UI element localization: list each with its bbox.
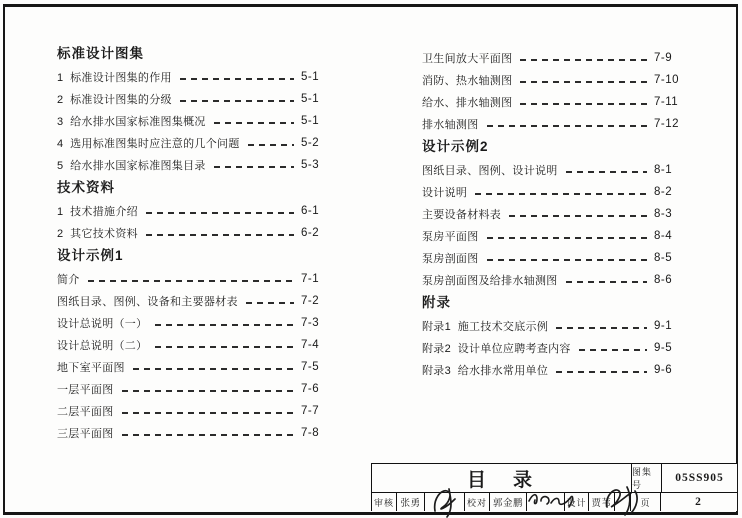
- toc-entry-page-number: 7-2: [301, 295, 341, 307]
- toc-entry: 简介 7-1: [57, 268, 341, 290]
- toc-entry-label: 图纸目录、图例、设备和主要器材表: [57, 293, 238, 309]
- toc-entry: 排水轴测图 7-12: [422, 113, 694, 135]
- toc-entry-dash-leader: [246, 302, 294, 304]
- toc-entry-dash-leader: [475, 193, 647, 195]
- designer-label: 设计: [564, 493, 588, 511]
- toc-entry-dash-leader: [487, 237, 648, 239]
- toc-entry-page-number: 8-1: [654, 164, 694, 176]
- toc-section-heading: 标准设计图集: [57, 42, 341, 66]
- toc-entry-page-number: 7-10: [654, 74, 694, 86]
- toc-entry-dash-leader: [556, 327, 647, 329]
- toc-entry-label: 附录2 设计单位应聘考查内容: [422, 340, 571, 356]
- toc-entry-dash-leader: [214, 122, 294, 124]
- toc-entry: 卫生间放大平面图 7-9: [422, 47, 694, 69]
- toc-entry-page-number: 5-1: [301, 93, 341, 105]
- toc-entry-label: 2 其它技术资料: [57, 225, 138, 241]
- toc-entry: 图纸目录、图例、设计说明 8-1: [422, 159, 694, 181]
- toc-entry-page-number: 8-5: [654, 252, 694, 264]
- toc-entry-dash-leader: [487, 259, 648, 261]
- toc-entry: 附录3 给水排水常用单位 9-6: [422, 359, 694, 381]
- toc-column-right: 卫生间放大平面图 7-9 消防、热水轴测图 7-10 给水、排水轴测图 7-11…: [422, 47, 694, 381]
- toc-entry-dash-leader: [520, 81, 647, 83]
- toc-entry-page-number: 7-5: [301, 361, 341, 373]
- toc-entry-page-number: 8-6: [654, 274, 694, 286]
- toc-entry-label: 附录1 施工技术交底示例: [422, 318, 548, 334]
- toc-entry: 设计总说明（二） 7-4: [57, 334, 341, 356]
- toc-entry-dash-leader: [122, 412, 295, 414]
- toc-entry-page-number: 5-1: [301, 71, 341, 83]
- toc-entry-page-number: 9-5: [654, 342, 694, 354]
- toc-entry-label: 4 选用标准图集时应注意的几个问题: [57, 135, 240, 151]
- toc-entry-page-number: 7-12: [654, 118, 694, 130]
- toc-entry-page-number: 7-9: [654, 52, 694, 64]
- toc-entry: 图纸目录、图例、设备和主要器材表 7-2: [57, 290, 341, 312]
- toc-entry-label: 主要设备材料表: [422, 206, 501, 222]
- reviewer-name: 张勇: [396, 493, 424, 511]
- toc-entry-dash-leader: [180, 78, 294, 80]
- toc-entry-page-number: 8-3: [654, 208, 694, 220]
- reviewer-label: 审核: [372, 493, 396, 511]
- toc-entry-dash-leader: [122, 434, 295, 436]
- toc-entry-page-number: 5-3: [301, 159, 341, 171]
- toc-entry: 地下室平面图 7-5: [57, 356, 341, 378]
- toc-entry: 泵房平面图 8-4: [422, 225, 694, 247]
- designer-name: 贾苇: [588, 493, 614, 511]
- toc-entry-label: 简介: [57, 271, 80, 287]
- toc-section-heading: 设计示例2: [422, 135, 694, 159]
- toc-entry-label: 二层平面图: [57, 403, 114, 419]
- toc-entry-label: 设计总说明（二）: [57, 337, 147, 353]
- reviewer-signature-cell: [424, 493, 464, 511]
- document-page: 标准设计图集 1 标准设计图集的作用 5-1 2 标准设计图集的分级 5-1 3…: [0, 0, 742, 518]
- toc-entry-label: 5 给水排水国家标准图集目录: [57, 157, 206, 173]
- toc-entry-dash-leader: [214, 166, 294, 168]
- toc-entry: 2 标准设计图集的分级 5-1: [57, 88, 341, 110]
- toc-entry-dash-leader: [579, 349, 647, 351]
- atlas-number-value: 05SS905: [661, 464, 737, 492]
- toc-entry-page-number: 8-2: [654, 186, 694, 198]
- toc-entry: 三层平面图 7-8: [57, 422, 341, 444]
- toc-entry-dash-leader: [248, 144, 294, 146]
- toc-entry-page-number: 5-2: [301, 137, 341, 149]
- title-block: 目 录 图集号 05SS905 审核 张勇 校对 郭金鹏 设计 贾苇: [371, 463, 737, 511]
- toc-section-heading: 附录: [422, 291, 694, 315]
- toc-entry-dash-leader: [566, 281, 647, 283]
- toc-section-heading: 技术资料: [57, 176, 341, 200]
- toc-column-left: 标准设计图集 1 标准设计图集的作用 5-1 2 标准设计图集的分级 5-1 3…: [57, 42, 341, 444]
- toc-entry-dash-leader: [133, 368, 294, 370]
- sheet-title: 目 录: [372, 464, 631, 492]
- toc-entry-dash-leader: [146, 212, 294, 214]
- toc-entry-page-number: 9-1: [654, 320, 694, 332]
- proofreader-label: 校对: [464, 493, 489, 511]
- toc-entry-page-number: 6-1: [301, 205, 341, 217]
- page-number-value: 2: [660, 493, 736, 511]
- toc-entry-page-number: 7-1: [301, 273, 341, 285]
- toc-entry-dash-leader: [520, 103, 647, 105]
- toc-entry: 二层平面图 7-7: [57, 400, 341, 422]
- toc-entry-label: 泵房剖面图及给排水轴测图: [422, 272, 558, 288]
- toc-entry-page-number: 7-8: [301, 427, 341, 439]
- toc-entry-label: 给水、排水轴测图: [422, 94, 512, 110]
- proofreader-name: 郭金鹏: [489, 493, 526, 511]
- toc-entry-label: 附录3 给水排水常用单位: [422, 362, 548, 378]
- toc-entry-label: 三层平面图: [57, 425, 114, 441]
- toc-entry-label: 1 技术措施介绍: [57, 203, 138, 219]
- toc-entry: 主要设备材料表 8-3: [422, 203, 694, 225]
- toc-entry-dash-leader: [155, 346, 294, 348]
- toc-entry: 泵房剖面图 8-5: [422, 247, 694, 269]
- toc-entry: 1 标准设计图集的作用 5-1: [57, 66, 341, 88]
- toc-entry-label: 排水轴测图: [422, 116, 479, 132]
- toc-entry: 3 给水排水国家标准图集概况 5-1: [57, 110, 341, 132]
- toc-entry-label: 泵房剖面图: [422, 250, 479, 266]
- toc-entry: 附录2 设计单位应聘考查内容 9-5: [422, 337, 694, 359]
- toc-entry-label: 设计总说明（一）: [57, 315, 147, 331]
- toc-entry-dash-leader: [487, 125, 648, 127]
- page-label: 页: [630, 493, 660, 511]
- toc-section-heading: 设计示例1: [57, 244, 341, 268]
- toc-entry-label: 地下室平面图: [57, 359, 125, 375]
- toc-entry-page-number: 6-2: [301, 227, 341, 239]
- atlas-number-label: 图集号: [631, 464, 661, 492]
- toc-entry-dash-leader: [155, 324, 294, 326]
- toc-entry-dash-leader: [520, 59, 647, 61]
- proofreader-signature-cell: [526, 493, 564, 511]
- toc-entry-page-number: 7-3: [301, 317, 341, 329]
- toc-entry-label: 3 给水排水国家标准图集概况: [57, 113, 206, 129]
- toc-entry-page-number: 7-4: [301, 339, 341, 351]
- toc-entry: 消防、热水轴测图 7-10: [422, 69, 694, 91]
- toc-entry-label: 泵房平面图: [422, 228, 479, 244]
- toc-entry-page-number: 9-6: [654, 364, 694, 376]
- toc-entry-label: 卫生间放大平面图: [422, 50, 512, 66]
- toc-entry-dash-leader: [566, 171, 647, 173]
- toc-entry-label: 设计说明: [422, 184, 467, 200]
- toc-entry-dash-leader: [180, 100, 294, 102]
- toc-entry-label: 消防、热水轴测图: [422, 72, 512, 88]
- toc-entry-dash-leader: [88, 280, 294, 282]
- toc-entry: 1 技术措施介绍 6-1: [57, 200, 341, 222]
- toc-entry: 一层平面图 7-6: [57, 378, 341, 400]
- toc-entry: 5 给水排水国家标准图集目录 5-3: [57, 154, 341, 176]
- toc-entry: 附录1 施工技术交底示例 9-1: [422, 315, 694, 337]
- toc-entry-page-number: 5-1: [301, 115, 341, 127]
- toc-entry-label: 图纸目录、图例、设计说明: [422, 162, 558, 178]
- toc-entry-label: 2 标准设计图集的分级: [57, 91, 172, 107]
- toc-entry-dash-leader: [556, 371, 647, 373]
- toc-entry-dash-leader: [122, 390, 295, 392]
- toc-entry: 设计总说明（一） 7-3: [57, 312, 341, 334]
- toc-entry: 设计说明 8-2: [422, 181, 694, 203]
- toc-entry: 4 选用标准图集时应注意的几个问题 5-2: [57, 132, 341, 154]
- toc-entry-page-number: 7-6: [301, 383, 341, 395]
- toc-entry: 2 其它技术资料 6-2: [57, 222, 341, 244]
- toc-entry-label: 一层平面图: [57, 381, 114, 397]
- toc-entry-page-number: 8-4: [654, 230, 694, 242]
- toc-entry-label: 1 标准设计图集的作用: [57, 69, 172, 85]
- toc-entry-page-number: 7-7: [301, 405, 341, 417]
- toc-entry-page-number: 7-11: [654, 96, 694, 108]
- designer-signature-cell: [614, 493, 630, 511]
- toc-entry: 泵房剖面图及给排水轴测图 8-6: [422, 269, 694, 291]
- toc-entry: 给水、排水轴测图 7-11: [422, 91, 694, 113]
- toc-entry-dash-leader: [146, 234, 294, 236]
- toc-entry-dash-leader: [509, 215, 647, 217]
